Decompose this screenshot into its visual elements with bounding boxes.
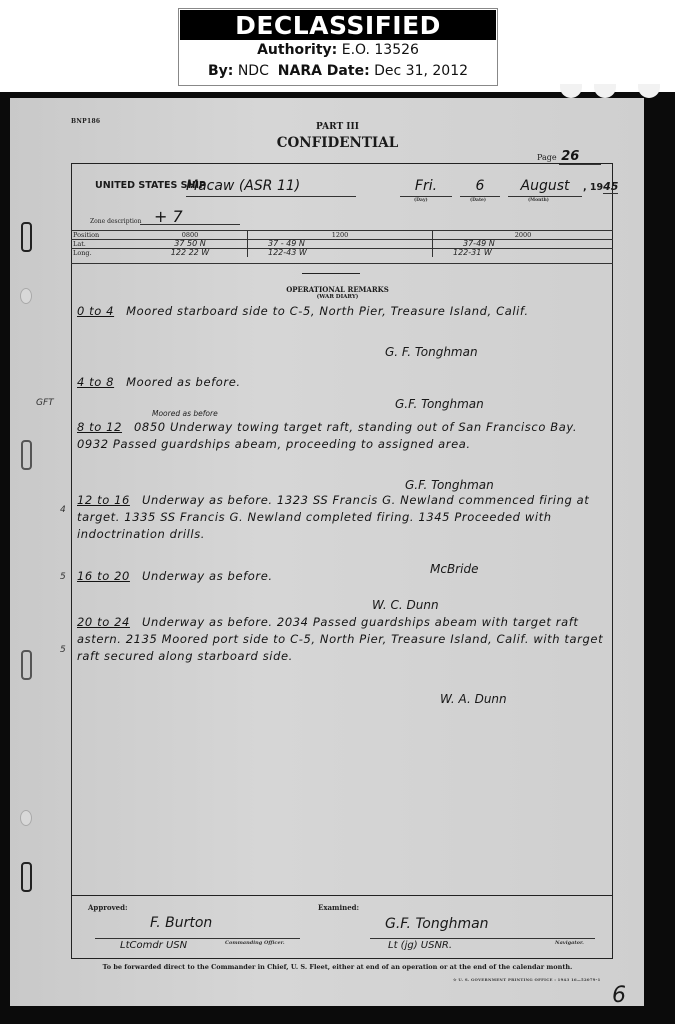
entry-text: Underway as before. 1323 SS Francis G. N… bbox=[77, 493, 589, 541]
margin-note: 5 bbox=[60, 645, 66, 655]
entry-insertion: Moored as before bbox=[152, 409, 218, 418]
remarks-subtitle: (WAR DIARY) bbox=[0, 294, 675, 300]
diary-entry: 16 to 20Underway as before. bbox=[77, 568, 607, 585]
entry-text: Moored as before. bbox=[126, 375, 241, 389]
zone-value: + 7 bbox=[140, 208, 240, 225]
paper-clip-icon bbox=[21, 440, 32, 470]
month-caption: (Month) bbox=[528, 198, 549, 203]
ship-name: Macaw (ASR 11) bbox=[186, 178, 356, 197]
diary-entry: 4 to 8Moored as before. bbox=[77, 374, 607, 391]
signature-line bbox=[95, 938, 300, 939]
divider bbox=[71, 263, 613, 264]
divider bbox=[302, 273, 360, 274]
approved-label: Approved: bbox=[88, 903, 128, 912]
examined-label: Examined: bbox=[318, 903, 359, 912]
date-value: 6 bbox=[460, 178, 500, 197]
entry-text: Moored starboard side to C-5, North Pier… bbox=[126, 304, 529, 318]
sheet-mark: 6 bbox=[612, 983, 626, 1008]
war-diary-form bbox=[71, 163, 613, 959]
diary-entry: 0 to 4Moored starboard side to C-5, Nort… bbox=[77, 303, 607, 320]
day-caption: (Day) bbox=[414, 198, 428, 203]
divider bbox=[71, 895, 613, 896]
stamp-by: By: NDC NARA Date: Dec 31, 2012 bbox=[179, 61, 497, 82]
watch-period: 0 to 4 bbox=[77, 304, 114, 318]
paper-clip-icon bbox=[21, 650, 32, 680]
commanding-officer-signature: F. Burton bbox=[150, 915, 212, 931]
remarks-title: OPERATIONAL REMARKS bbox=[0, 285, 675, 294]
commanding-officer-rank: LtComdr USN bbox=[120, 940, 187, 951]
watch-officer-signature: G.F. Tonghman bbox=[405, 478, 494, 492]
navigator-caption: Navigator. bbox=[555, 940, 584, 946]
diary-entry: 20 to 24Underway as before. 2034 Passed … bbox=[77, 614, 607, 665]
watch-officer-signature: G.F. Tonghman bbox=[395, 397, 484, 411]
diary-entry: 12 to 16Underway as before. 1323 SS Fran… bbox=[77, 492, 607, 543]
entry-text: Underway as before. bbox=[142, 569, 273, 583]
margin-initials: GFT bbox=[36, 398, 54, 408]
commanding-officer-caption: Commanding Officer. bbox=[225, 940, 285, 946]
watch-officer-signature: G. F. Tonghman bbox=[385, 345, 478, 359]
watch-officer-signature: W. A. Dunn bbox=[440, 692, 507, 706]
month-value: August bbox=[508, 178, 582, 197]
declassified-stamp: DECLASSIFIED Authority: E.O. 13526 By: N… bbox=[178, 8, 498, 86]
margin-note: 4 bbox=[60, 505, 66, 515]
day-value: Fri. bbox=[400, 178, 452, 197]
position-header-row: Position 0800 1200 2000 bbox=[71, 231, 613, 240]
watch-period: 12 to 16 bbox=[77, 493, 130, 507]
navigator-signature: G.F. Tonghman bbox=[385, 916, 489, 932]
binder-holes-top bbox=[560, 84, 670, 98]
punch-hole-icon bbox=[20, 810, 32, 826]
zone-label: Zone description bbox=[90, 218, 141, 225]
year-field: , 1945 bbox=[583, 180, 618, 193]
diary-entry: 8 to 120850 Underway towing target raft,… bbox=[77, 419, 607, 453]
stamp-title: DECLASSIFIED bbox=[180, 10, 496, 40]
position-long-row: Long. 122 22 W 122-43 W 122-31 W bbox=[71, 249, 613, 258]
position-lat-row: Lat. 37 50 N 37 - 49 N 37-49 N bbox=[71, 240, 613, 249]
forwarding-instruction: To be forwarded direct to the Commander … bbox=[0, 963, 675, 971]
watch-period: 8 to 12 bbox=[77, 420, 122, 434]
position-table: Position 0800 1200 2000 Lat. 37 50 N 37 … bbox=[71, 230, 613, 257]
part-heading: PART III bbox=[0, 122, 675, 132]
paper-clip-icon bbox=[21, 862, 32, 892]
entry-text: 0850 Underway towing target raft, standi… bbox=[77, 420, 577, 451]
printer-imprint: ☆ U. S. GOVERNMENT PRINTING OFFICE : 194… bbox=[453, 977, 601, 982]
margin-note: 5 bbox=[60, 572, 66, 582]
watch-period: 16 to 20 bbox=[77, 569, 130, 583]
stamp-authority: Authority: E.O. 13526 bbox=[179, 40, 497, 61]
navigator-rank: Lt (jg) USNR. bbox=[388, 940, 452, 951]
watch-period: 4 to 8 bbox=[77, 375, 114, 389]
watch-period: 20 to 24 bbox=[77, 615, 130, 629]
signature-line bbox=[370, 938, 595, 939]
watch-officer-signature: W. C. Dunn bbox=[372, 598, 439, 612]
paper-clip-icon bbox=[21, 222, 32, 252]
entry-text: Underway as before. 2034 Passed guardshi… bbox=[77, 615, 603, 663]
date-caption: (Date) bbox=[470, 198, 486, 203]
